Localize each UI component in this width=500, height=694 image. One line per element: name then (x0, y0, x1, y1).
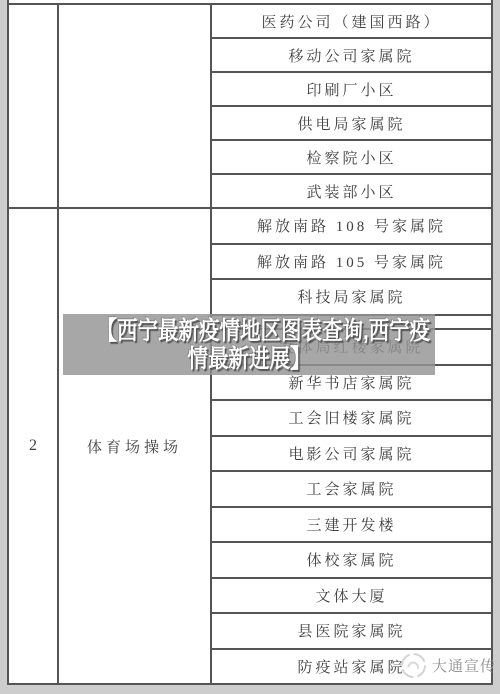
table-section-1: 医药公司（建国西路） 移动公司家属院 印刷厂小区 供电局家属院 检察院小区 武装… (9, 3, 491, 207)
datong-publicity-logo-icon (400, 652, 427, 679)
location-cell: 解放南路 105 号家属院 (212, 245, 491, 281)
location-cell: 医药公司（建国西路） (212, 5, 491, 39)
caption-line-1: 【西宁最新疫情地区图表查询,西宁疫 (96, 317, 401, 345)
section-number-cell (9, 5, 59, 207)
venue-cell: 体育场操场 (59, 209, 212, 683)
table-section-2: 2 体育场操场 解放南路 108 号家属院 解放南路 105 号家属院 科技局家… (9, 207, 491, 683)
watermark: 大通宣传 (400, 652, 496, 679)
location-cell: 武装部小区 (212, 175, 491, 207)
caption-line-2: 情最新进展】 (96, 345, 401, 373)
location-cell: 解放南路 108 号家属院 (212, 209, 491, 245)
location-cell: 三建开发楼 (212, 508, 491, 544)
locations-column: 医药公司（建国西路） 移动公司家属院 印刷厂小区 供电局家属院 检察院小区 武装… (212, 5, 491, 207)
venue-cell (59, 5, 212, 207)
section-number-cell: 2 (9, 209, 59, 683)
location-cell: 县医院家属院 (212, 614, 491, 650)
location-cell: 印刷厂小区 (212, 73, 491, 107)
location-cell: 科技局家属院 (212, 280, 491, 316)
location-cell: 工会家属院 (212, 472, 491, 508)
location-cell: 工会旧楼家属院 (212, 401, 491, 437)
location-cell: 电影公司家属院 (212, 437, 491, 473)
location-cell: 体校家属院 (212, 543, 491, 579)
caption-title: 【西宁最新疫情地区图表查询,西宁疫 情最新进展】 (96, 317, 401, 373)
location-cell: 文体大厦 (212, 579, 491, 615)
caption-overlay: 【西宁最新疫情地区图表查询,西宁疫 情最新进展】 (63, 314, 435, 375)
location-cell: 供电局家属院 (212, 107, 491, 141)
scanned-table-image: 医药公司（建国西路） 移动公司家属院 印刷厂小区 供电局家属院 检察院小区 武装… (0, 0, 500, 694)
location-cell: 移动公司家属院 (212, 39, 491, 73)
watermark-text: 大通宣传 (432, 655, 496, 676)
locations-column: 解放南路 108 号家属院 解放南路 105 号家属院 科技局家属院 文体局红楼… (212, 209, 491, 683)
location-cell: 检察院小区 (212, 141, 491, 175)
